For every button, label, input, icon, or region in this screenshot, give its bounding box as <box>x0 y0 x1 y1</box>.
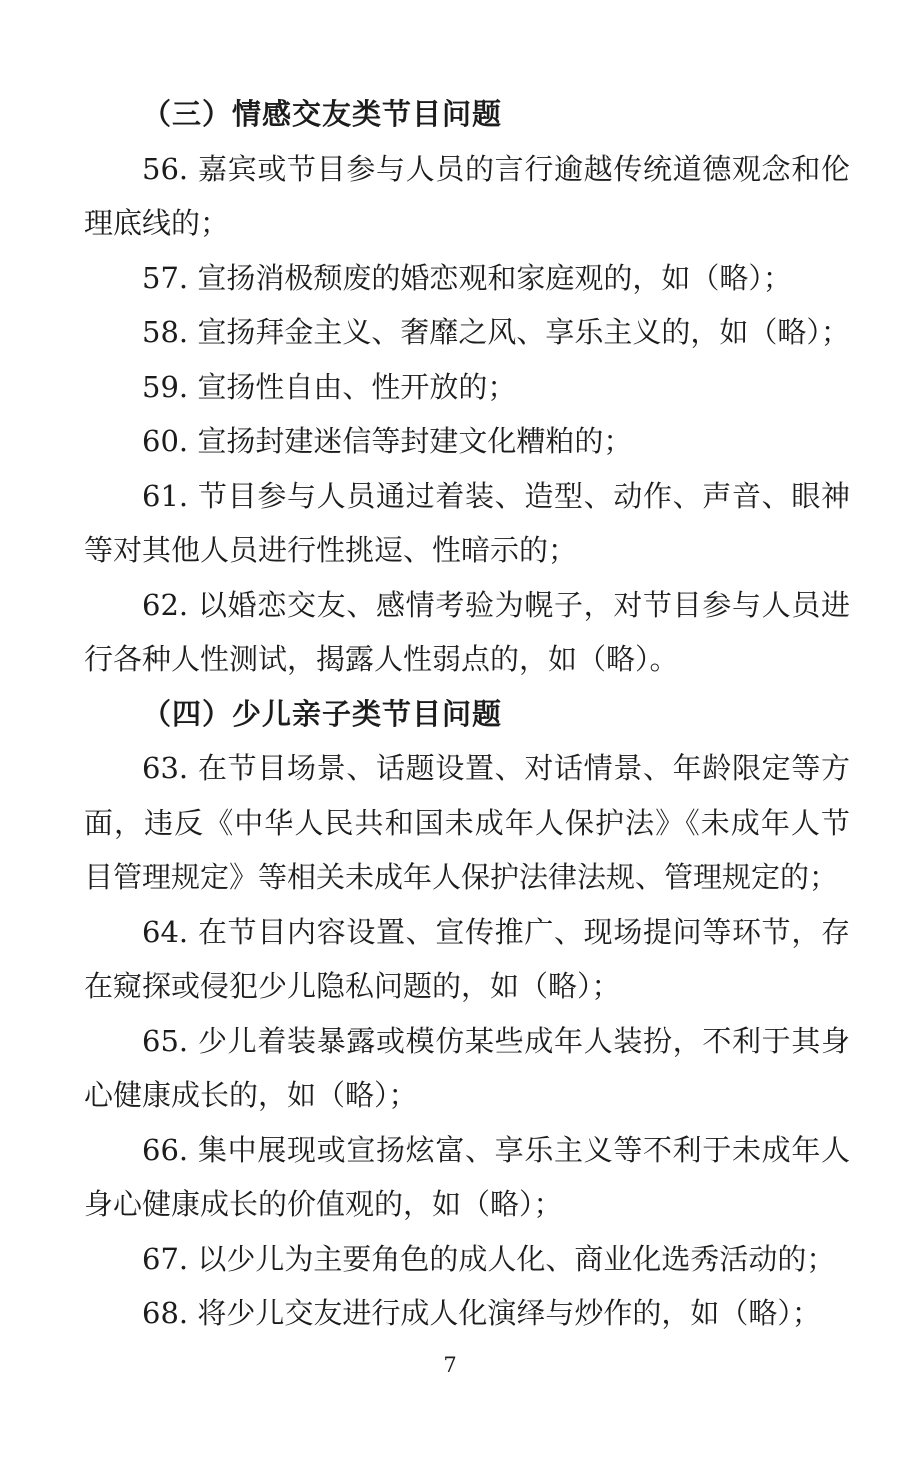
item-65: 65. 少儿着装暴露或模仿某些成年人装扮，不利于其身心健康成长的，如（略）； <box>84 1014 850 1123</box>
section-heading-3: （三）情感交友类节目问题 <box>84 87 850 142</box>
document-body: （三）情感交友类节目问题 56. 嘉宾或节目参与人员的言行逾越传统道德观念和伦理… <box>84 87 850 1341</box>
item-59: 59. 宣扬性自由、性开放的； <box>84 360 850 415</box>
item-63: 63. 在节目场景、话题设置、对话情景、年龄限定等方面，违反《中华人民共和国未成… <box>84 741 850 905</box>
section-emotional-dating-programs: （三）情感交友类节目问题 56. 嘉宾或节目参与人员的言行逾越传统道德观念和伦理… <box>84 87 850 687</box>
item-56: 56. 嘉宾或节目参与人员的言行逾越传统道德观念和伦理底线的； <box>84 142 850 251</box>
page-number: 7 <box>443 1353 456 1377</box>
item-58: 58. 宣扬拜金主义、奢靡之风、享乐主义的，如（略）； <box>84 305 850 360</box>
page-footer: 7 <box>0 1353 900 1377</box>
item-67: 67. 以少儿为主要角色的成人化、商业化选秀活动的； <box>84 1232 850 1287</box>
item-66: 66. 集中展现或宣扬炫富、享乐主义等不利于未成年人身心健康成长的价值观的，如（… <box>84 1123 850 1232</box>
item-68: 68. 将少儿交友进行成人化演绎与炒作的，如（略）； <box>84 1286 850 1341</box>
item-61: 61. 节目参与人员通过着装、造型、动作、声音、眼神等对其他人员进行性挑逗、性暗… <box>84 469 850 578</box>
section-children-parenting-programs: （四）少儿亲子类节目问题 63. 在节目场景、话题设置、对话情景、年龄限定等方面… <box>84 687 850 1341</box>
item-64: 64. 在节目内容设置、宣传推广、现场提问等环节，存在窥探或侵犯少儿隐私问题的，… <box>84 905 850 1014</box>
item-62: 62. 以婚恋交友、感情考验为幌子，对节目参与人员进行各种人性测试，揭露人性弱点… <box>84 578 850 687</box>
item-60: 60. 宣扬封建迷信等封建文化糟粕的； <box>84 414 850 469</box>
document-page: （三）情感交友类节目问题 56. 嘉宾或节目参与人员的言行逾越传统道德观念和伦理… <box>0 0 900 1475</box>
section-heading-4: （四）少儿亲子类节目问题 <box>84 687 850 742</box>
item-57: 57. 宣扬消极颓废的婚恋观和家庭观的，如（略）； <box>84 251 850 306</box>
